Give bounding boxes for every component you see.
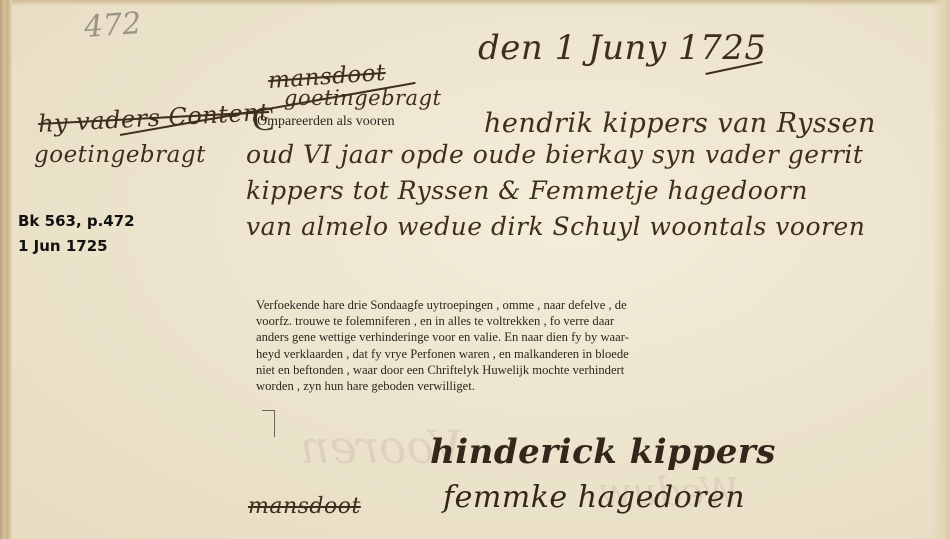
page-top-shadow bbox=[0, 0, 950, 6]
printed-body-line: worden , zyn hun hare geboden verwillige… bbox=[256, 378, 629, 394]
entry-date-heading: den 1 Juny 1725 bbox=[478, 28, 767, 68]
entry-line-1: hendrik kippers van Ryssen bbox=[484, 108, 876, 139]
entry-line-4: van almelo wedue dirk Schuyl woontals vo… bbox=[246, 212, 865, 241]
margin-note-struck: hy vaders Content bbox=[37, 98, 269, 138]
page-right-edge bbox=[932, 0, 950, 539]
signature-bride-note: mansdoot bbox=[248, 494, 361, 519]
signature-bride: femmke hagedoren bbox=[443, 480, 745, 515]
printed-heading: Ompareerden als vooren bbox=[257, 114, 395, 130]
bracket-mark bbox=[262, 410, 275, 437]
entry-line-3: kippers tot Ryssen & Femmetje hagedoorn bbox=[246, 176, 808, 205]
pencil-page-number: 472 bbox=[83, 6, 143, 45]
book-binding-edge bbox=[0, 0, 12, 539]
printed-body-line: heyd verklaarden , dat fy vrye Perfonen … bbox=[256, 346, 629, 362]
printed-body-line: voorfz. trouwe te folemniferen , en in a… bbox=[256, 313, 629, 329]
caption-date: 1 Jun 1725 bbox=[18, 235, 108, 257]
printed-body: Verfoekende hare drie Sondaagfe uytroepi… bbox=[256, 297, 629, 394]
entry-line-2: oud VI jaar opde oude bierkay syn vader … bbox=[246, 140, 863, 169]
printed-body-line: niet en beftonden , waar door een Chrift… bbox=[256, 362, 629, 378]
insert-goetingebragt: goetingebragt bbox=[284, 86, 441, 110]
printed-body-line: anders gene wettige verhinderinge voor e… bbox=[256, 329, 629, 345]
signature-groom: hinderick kippers bbox=[430, 432, 776, 472]
printed-body-line: Verfoekende hare drie Sondaagfe uytroepi… bbox=[256, 297, 629, 313]
caption-reference: Bk 563, p.472 bbox=[18, 210, 135, 232]
scanned-register-page: Vooren Weduw 472 den 1 Juny 1725 hy vade… bbox=[0, 0, 950, 539]
margin-note-goetingebragt: goetingebragt bbox=[34, 142, 206, 168]
